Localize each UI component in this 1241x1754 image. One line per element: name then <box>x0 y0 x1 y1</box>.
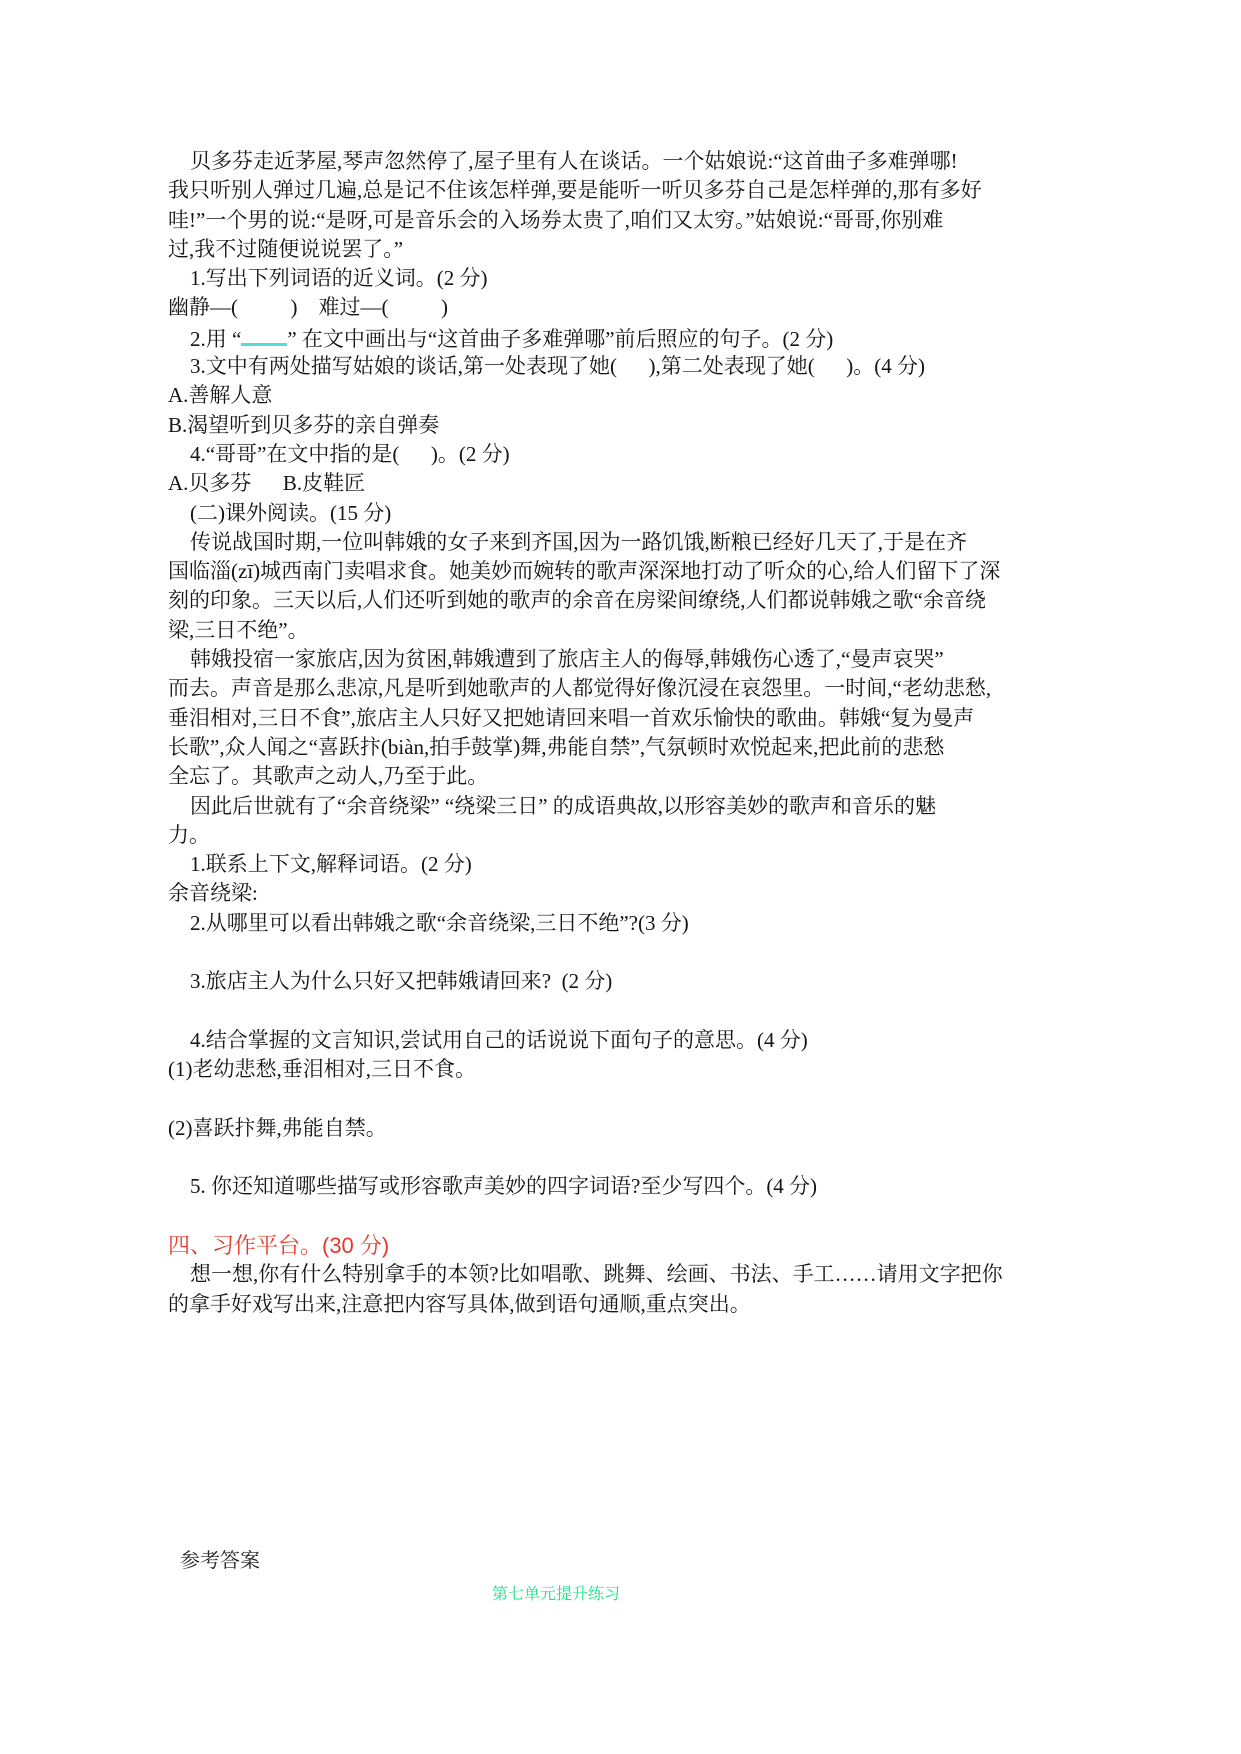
answer-blank-underline <box>241 323 287 346</box>
document-body: 贝多芬走近茅屋,琴声忽然停了,屋子里有人在谈话。一个姑娘说:“这首曲子多难弹哪!… <box>168 147 1088 1319</box>
question-2: 2.用 “” 在文中画出与“这首曲子多难弹哪”前后照应的句子。(2 分) <box>168 323 1088 352</box>
question-3-option-b: B.渴望听到贝多芬的亲自弹奏 <box>168 411 1088 440</box>
question-4-options: A.贝多芬 B.皮鞋匠 <box>168 469 1088 498</box>
reading-2-question-3: 3.旅店主人为什么只好又把韩娥请回来? (2 分) <box>168 967 1088 996</box>
passage-2-line: 韩娥投宿一家旅店,因为贫困,韩娥遭到了旅店主人的侮辱,韩娥伤心透了,“曼声哀哭” <box>168 645 1088 674</box>
question-4: 4.“哥哥”在文中指的是( )。(2 分) <box>168 440 1088 469</box>
passage-2-line: 而去。声音是那么悲凉,凡是听到她歌声的人都觉得好像沉浸在哀怨里。一时间,“老幼悲… <box>168 674 1088 703</box>
question-1-blanks: 幽静—( ) 难过—( ) <box>168 293 1088 322</box>
passage-1-line: 过,我不过随便说说罢了。” <box>168 235 1088 264</box>
passage-2-line: 垂泪相对,三日不食”,旅店主人只好又把她请回来唱一首欢乐愉快的歌曲。韩娥“复为曼… <box>168 704 1088 733</box>
passage-2-line: 刻的印象。三天以后,人们还听到她的歌声的余音在房梁间缭绕,人们都说韩娥之歌“余音… <box>168 586 1088 615</box>
reading-2-subtitle: (二)课外阅读。(15 分) <box>168 499 1088 528</box>
question-1: 1.写出下列词语的近义词。(2 分) <box>168 264 1088 293</box>
section-4-heading: 四、习作平台。(30 分) <box>168 1231 1088 1260</box>
reading-2-question-2: 2.从哪里可以看出韩娥之歌“余音绕梁,三日不绝”?(3 分) <box>168 909 1088 938</box>
question-3-option-a: A.善解人意 <box>168 381 1088 410</box>
blank-line <box>168 997 1088 1026</box>
blank-line <box>168 1202 1088 1231</box>
passage-2-line: 传说战国时期,一位叫韩娥的女子来到齐国,因为一路饥饿,断粮已经好几天了,于是在齐 <box>168 528 1088 557</box>
passage-2-line: 梁,三日不绝”。 <box>168 616 1088 645</box>
text-segment: 2.用 “ <box>190 327 241 351</box>
reading-2-question-5: 5. 你还知道哪些描写或形容歌声美妙的四字词语?至少写四个。(4 分) <box>168 1172 1088 1201</box>
passage-2-line: 力。 <box>168 821 1088 850</box>
blank-line <box>168 1143 1088 1172</box>
passage-1-line: 贝多芬走近茅屋,琴声忽然停了,屋子里有人在谈话。一个姑娘说:“这首曲子多难弹哪! <box>168 147 1088 176</box>
reading-2-question-4-sub-2: (2)喜跃抃舞,弗能自禁。 <box>168 1114 1088 1143</box>
worksheet-page: 贝多芬走近茅屋,琴声忽然停了,屋子里有人在谈话。一个姑娘说:“这首曲子多难弹哪!… <box>0 0 1241 1754</box>
question-3: 3.文中有两处描写姑娘的谈话,第一处表现了她( ),第二处表现了她( )。(4 … <box>168 352 1088 381</box>
reading-2-question-4: 4.结合掌握的文言知识,尝试用自己的话说说下面句子的意思。(4 分) <box>168 1026 1088 1055</box>
passage-2-line: 国临淄(zī)城西南门卖唱求食。她美妙而婉转的歌声深深地打动了听众的心,给人们留… <box>168 557 1088 586</box>
reading-2-question-4-sub-1: (1)老幼悲愁,垂泪相对,三日不食。 <box>168 1055 1088 1084</box>
reading-2-question-1-term: 余音绕梁: <box>168 879 1088 908</box>
blank-line <box>168 1085 1088 1114</box>
answer-key-label: 参考答案 <box>180 1544 260 1573</box>
section-4-prompt-line: 想一想,你有什么特别拿手的本领?比如唱歌、跳舞、绘画、书法、手工……请用文字把你 <box>168 1260 1088 1289</box>
passage-1-line: 我只听别人弹过几遍,总是记不住该怎样弹,要是能听一听贝多芬自己是怎样弹的,那有多… <box>168 176 1088 205</box>
passage-2-line: 长歌”,众人闻之“喜跃抃(biàn,拍手鼓掌)舞,弗能自禁”,气氛顿时欢悦起来,… <box>168 733 1088 762</box>
text-segment: ” 在文中画出与“这首曲子多难弹哪”前后照应的句子。(2 分) <box>287 327 833 351</box>
passage-2-line: 全忘了。其歌声之动人,乃至于此。 <box>168 762 1088 791</box>
blank-line <box>168 938 1088 967</box>
page-footer-title: 第七单元提升练习 <box>0 1581 1112 1604</box>
passage-1-line: 哇!”一个男的说:“是呀,可是音乐会的入场券太贵了,咱们又太穷。”姑娘说:“哥哥… <box>168 206 1088 235</box>
passage-2-line: 因此后世就有了“余音绕梁” “绕梁三日” 的成语典故,以形容美妙的歌声和音乐的魅 <box>168 792 1088 821</box>
reading-2-question-1: 1.联系上下文,解释词语。(2 分) <box>168 850 1088 879</box>
section-4-prompt-line: 的拿手好戏写出来,注意把内容写具体,做到语句通顺,重点突出。 <box>168 1290 1088 1319</box>
